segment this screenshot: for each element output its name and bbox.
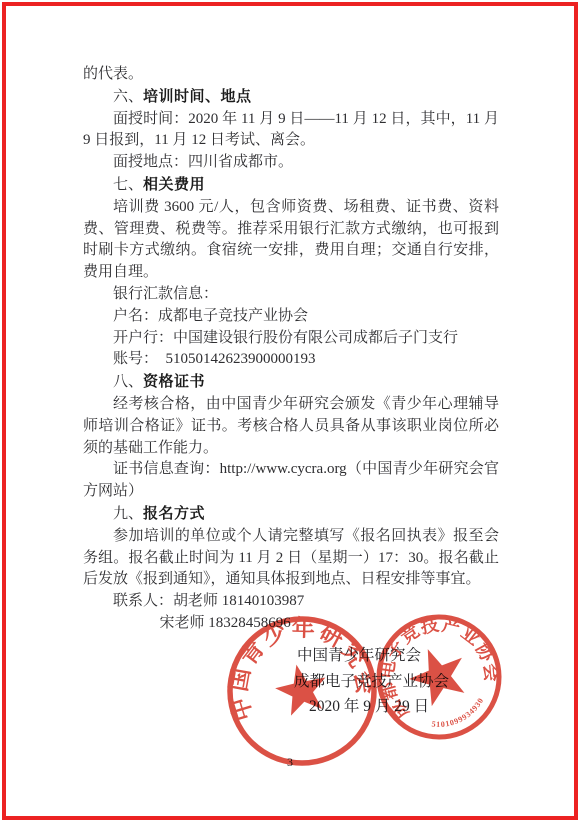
bank-account-number: 账号： 51050142623900000193 — [83, 349, 499, 371]
section-title: 资格证书 — [143, 373, 205, 390]
section-title: 相关费用 — [143, 176, 205, 193]
section-number: 八、 — [113, 374, 143, 390]
org-stamp-left: 中国青少年研究会 — [217, 606, 387, 776]
section-title: 培训时间、地点 — [143, 88, 252, 105]
paragraph: 经考核合格，由中国青少年研究会颁发《青少年心理辅导师培训合格证》证书。考核合格人… — [83, 394, 499, 459]
stamp-code-text: 5101099934930 — [427, 695, 490, 736]
section-number: 六、 — [113, 89, 143, 105]
paragraph: 面授地点：四川省成都市。 — [83, 152, 499, 174]
star-icon — [271, 659, 331, 717]
paragraph: 的代表。 — [83, 64, 499, 86]
svg-text:5101099934930: 5101099934930 — [427, 695, 490, 736]
bank-account-name: 户名：成都电子竞技产业协会 — [83, 306, 499, 328]
section-number: 九、 — [113, 506, 143, 522]
paragraph: 参加培训的单位或个人请完整填写《报名回执表》报至会务组。报名截止时间为 11 月… — [83, 526, 499, 591]
org-stamp-right: 成都电子竞技产业协会 5101099934930 — [364, 602, 514, 752]
certificate-query-url: 证书信息查询：http://www.cycra.org（中国青少年研究会官方网站… — [83, 459, 499, 503]
section-heading-6: 六、培训时间、地点 — [83, 86, 499, 109]
document-page: 的代表。 六、培训时间、地点 面授时间：2020 年 11 月 9 日——11 … — [0, 0, 580, 822]
star-icon — [401, 639, 474, 711]
paragraph: 银行汇款信息： — [83, 284, 499, 306]
section-heading-8: 八、资格证书 — [83, 371, 499, 394]
section-title: 报名方式 — [143, 505, 205, 522]
section-heading-7: 七、相关费用 — [83, 174, 499, 197]
section-heading-9: 九、报名方式 — [83, 503, 499, 526]
bank-branch: 开户行：中国建设银行股份有限公司成都后子门支行 — [83, 328, 499, 350]
document-content: 的代表。 六、培训时间、地点 面授时间：2020 年 11 月 9 日——11 … — [83, 64, 499, 635]
section-number: 七、 — [113, 177, 143, 193]
paragraph: 面授时间：2020 年 11 月 9 日——11 月 12 日，其中，11 月 … — [83, 109, 499, 153]
paragraph: 培训费 3600 元/人，包含师资费、场租费、证书费、资料费、管理费、税费等。推… — [83, 197, 499, 284]
